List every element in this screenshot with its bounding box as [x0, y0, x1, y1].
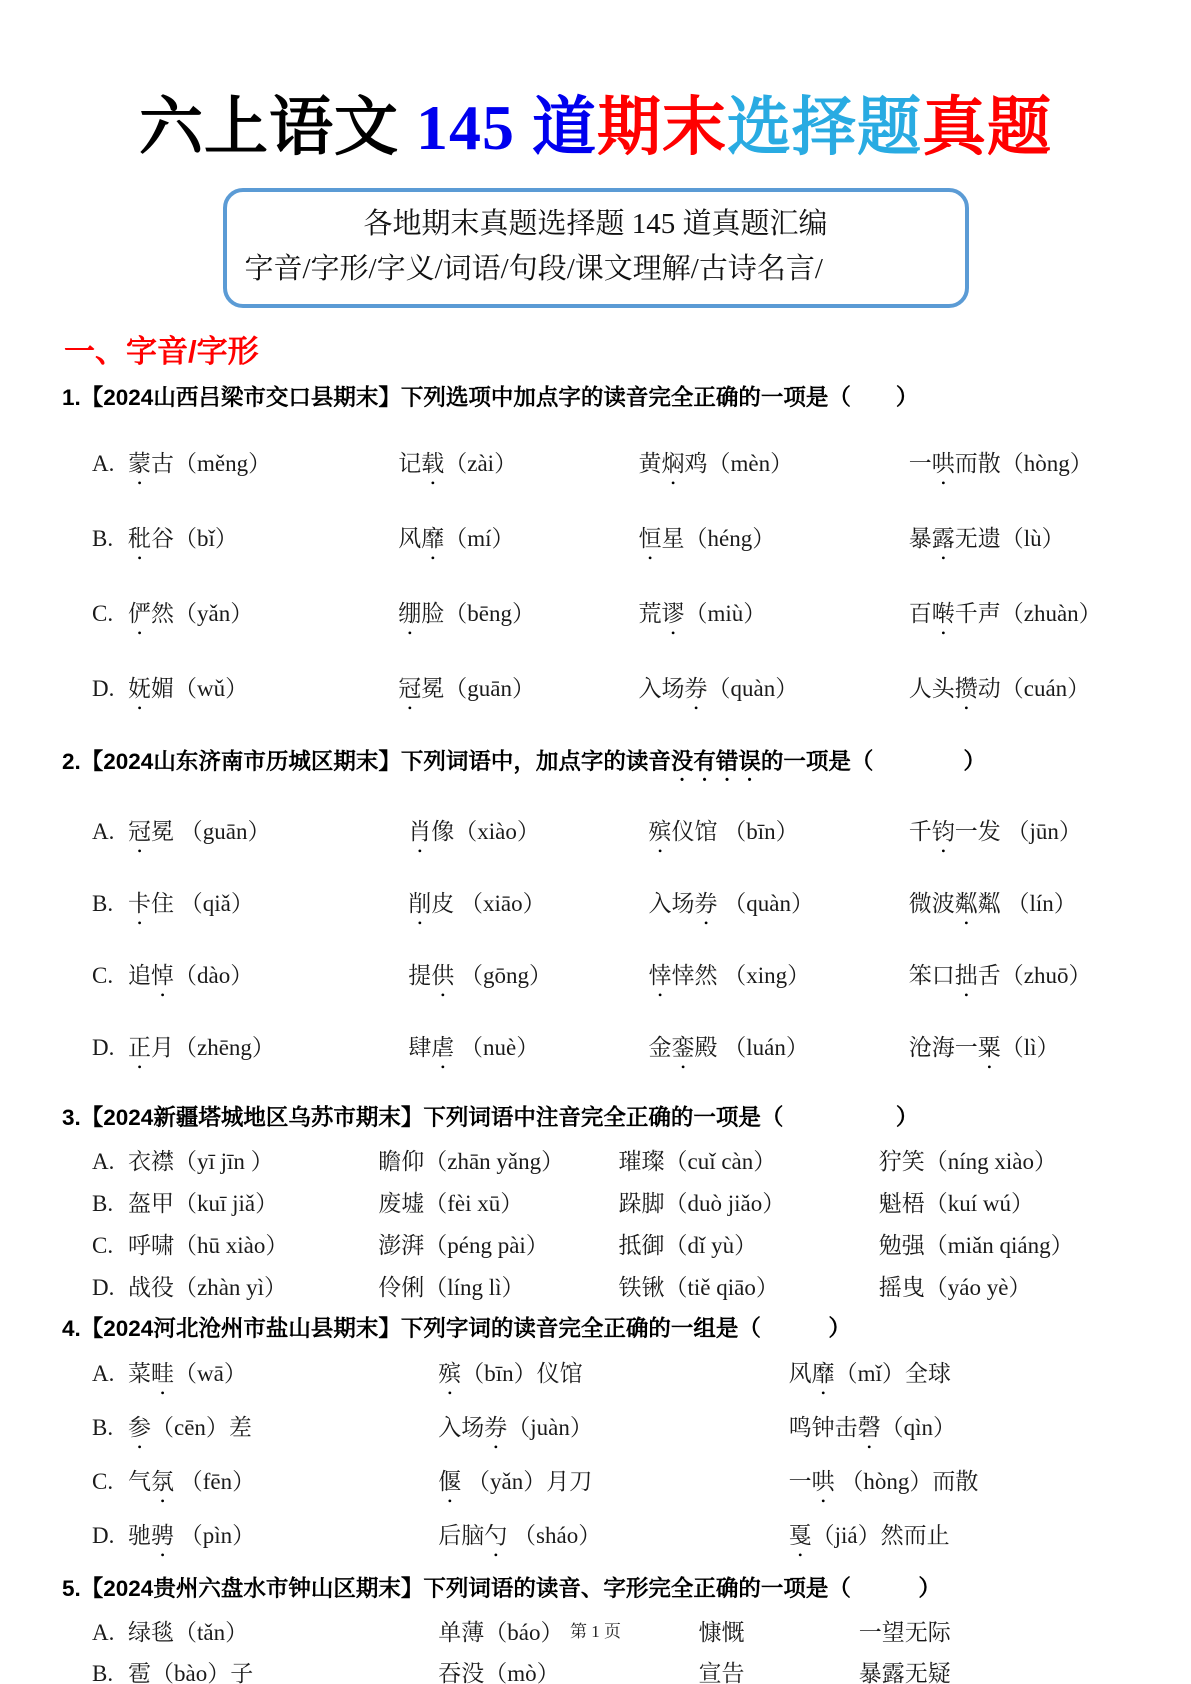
question-text: 下列词语中，加点字的读音没有错误的一项是（ ）	[401, 749, 986, 774]
option-cell: 黄焖鸡（mèn）	[639, 445, 909, 490]
option-cell: 废墟（fèi xū）	[378, 1185, 618, 1218]
option-cell: 卡住 （qiǎ）	[128, 885, 408, 930]
option-cells: 气氛 （fēn）偃 （yǎn）月刀一哄 （hòng）而散	[128, 1463, 1129, 1508]
option-cells: 妩媚（wǔ）冠冕（guān）入场券（quàn）人头攒动（cuán）	[128, 670, 1129, 715]
option-cells: 正月（zhēng）肆虐 （nuè）金銮殿 （luán）沧海一粟（lì）	[128, 1029, 1129, 1074]
option-cell: 后脑勺 （sháo）	[438, 1517, 788, 1562]
option-cell: 偃 （yǎn）月刀	[438, 1463, 788, 1508]
page-title: 六上语文 145 道期末选择题真题	[62, 88, 1129, 168]
option-cell: 盔甲（kuī jiǎ）	[128, 1185, 378, 1218]
emphasis-dotted-text: 露	[932, 526, 955, 551]
question-source: 【2024新疆塔城地区乌苏市期末】	[81, 1105, 424, 1130]
question-source: 【2024河北沧州市盐山县期末】	[81, 1316, 401, 1341]
option-cell: 瞻仰（zhān yǎng）	[378, 1143, 618, 1176]
emphasis-dotted-text: 哄	[932, 451, 955, 476]
option-cells: 驰骋 （pìn）后脑勺 （sháo）戛（jiá）然而止	[128, 1517, 1129, 1562]
emphasis-dotted-text: 秕	[128, 526, 151, 551]
emphasis-dotted-text: 正	[128, 1035, 151, 1060]
option-row: D.战役（zhàn yì）伶俐（líng lì）铁锹（tiě qiāo）摇曳（y…	[62, 1269, 1129, 1302]
option-row: D.驰骋 （pìn）后脑勺 （sháo）戛（jiá）然而止	[62, 1517, 1129, 1562]
emphasis-dotted-text: 冠	[398, 676, 421, 701]
emphasis-dotted-text: 妩	[128, 676, 151, 701]
emphasis-dotted-text: 焖	[662, 451, 685, 476]
summary-box: 各地期末真题选择题 145 道真题汇编 字音/字形/字义/词语/句段/课文理解/…	[223, 188, 969, 308]
option-cell: 削皮 （xiāo）	[408, 885, 648, 930]
option-cell: 暴露无遗（lù）	[909, 520, 1129, 565]
option-row: C.追悼（dào）提供 （gōng）悻悻然 （xing）笨口拙舌（zhuō）	[62, 957, 1129, 1002]
option-cell: 暴露无疑	[859, 1655, 1129, 1684]
option-cell: 澎湃（péng pài）	[378, 1227, 618, 1260]
emphasis-dotted-text: 悼	[151, 963, 174, 988]
emphasis-dotted-text: 悻	[649, 963, 672, 988]
option-cell: 百啭千声（zhuàn）	[909, 595, 1129, 640]
option-row: C.呼啸（hū xiào）澎湃（péng pài）抵御（dǐ yù）勉强（miǎ…	[62, 1227, 1129, 1260]
option-cell: 荒谬（miù）	[639, 595, 909, 640]
option-cell: 肆虐 （nuè）	[408, 1029, 648, 1074]
option-label: B.	[92, 1191, 128, 1217]
option-cell: 绷脸（bēng）	[398, 595, 638, 640]
question-number: 2.	[62, 749, 81, 774]
emphasis-dotted-text: 载	[421, 451, 444, 476]
option-cells: 菜畦（wā）殡（bīn）仪馆风靡（mǐ）全球	[128, 1355, 1129, 1400]
emphasis-dotted-text: 靡	[812, 1361, 835, 1386]
question-list: 1.【2024山西吕梁市交口县期末】下列选项中加点字的读音完全正确的一项是（ ）…	[62, 381, 1129, 1684]
option-row: D.妩媚（wǔ）冠冕（guān）入场券（quàn）人头攒动（cuán）	[62, 670, 1129, 715]
emphasis-dotted-text: 谬	[662, 601, 685, 626]
option-cells: 呼啸（hū xiào）澎湃（péng pài）抵御（dǐ yù）勉强（miǎn …	[128, 1227, 1129, 1260]
emphasis-dotted-text: 没有错误	[671, 749, 761, 774]
option-cell: 入场券 （quàn）	[649, 885, 909, 930]
option-cell: 正月（zhēng）	[128, 1029, 408, 1074]
emphasis-dotted-text: 氛	[151, 1469, 174, 1494]
option-cell: 抵御（dǐ yù）	[618, 1227, 878, 1260]
option-cell: 冠冕 （guān）	[128, 813, 408, 858]
option-row: C.气氛 （fēn）偃 （yǎn）月刀一哄 （hòng）而散	[62, 1463, 1129, 1508]
emphasis-dotted-text: 券	[685, 676, 708, 701]
question-source: 【2024山西吕梁市交口县期末】	[81, 385, 401, 410]
question-source: 【2024山东济南市历城区期末】	[81, 749, 401, 774]
emphasis-dotted-text: 哄	[812, 1469, 835, 1494]
emphasis-dotted-text: 粼	[955, 891, 978, 916]
option-cells: 卡住 （qiǎ）削皮 （xiāo）入场券 （quàn）微波粼粼 （lín）	[128, 885, 1129, 930]
emphasis-dotted-text: 卡	[128, 891, 151, 916]
page-number: 第 1 页	[570, 1622, 621, 1641]
option-cells: 追悼（dào）提供 （gōng）悻悻然 （xing）笨口拙舌（zhuō）	[128, 957, 1129, 1002]
option-label: A.	[92, 1149, 128, 1175]
option-cells: 俨然（yǎn）绷脸（bēng）荒谬（miù）百啭千声（zhuàn）	[128, 595, 1129, 640]
option-row: B.参（cēn）差入场券（juàn）鸣钟击磬（qìn）	[62, 1409, 1129, 1454]
option-row: B.雹（bào）子吞没（mò）宣告暴露无疑	[62, 1655, 1129, 1684]
emphasis-dotted-text: 戛	[789, 1523, 812, 1548]
title-segment: 期末	[597, 92, 727, 163]
option-cells: 蒙古（měng）记载（zài）黄焖鸡（mèn）一哄而散（hòng）	[128, 445, 1129, 490]
option-cell: 气氛 （fēn）	[128, 1463, 438, 1508]
emphasis-dotted-text: 銮	[672, 1035, 695, 1060]
emphasis-dotted-text: 粟	[978, 1035, 1001, 1060]
option-label: D.	[92, 1275, 128, 1301]
option-cell: 金銮殿 （luán）	[649, 1029, 909, 1074]
option-cells: 冠冕 （guān）肖像（xiào）殡仪馆 （bīn）千钧一发 （jūn）	[128, 813, 1129, 858]
question: 4.【2024河北沧州市盐山县期末】下列字词的读音完全正确的一组是（ ）A.菜畦…	[62, 1312, 1129, 1562]
option-cell: 入场券（juàn）	[438, 1409, 788, 1454]
option-row: C.俨然（yǎn）绷脸（bēng）荒谬（miù）百啭千声（zhuàn）	[62, 595, 1129, 640]
option-row: B.盔甲（kuī jiǎ）废墟（fèi xū）跺脚（duò jiǎo）魁梧（ku…	[62, 1185, 1129, 1218]
emphasis-dotted-text: 冠	[128, 819, 151, 844]
option-row: A.蒙古（měng）记载（zài）黄焖鸡（mèn）一哄而散（hòng）	[62, 445, 1129, 490]
question-stem: 1.【2024山西吕梁市交口县期末】下列选项中加点字的读音完全正确的一项是（ ）	[62, 381, 1129, 415]
emphasis-dotted-text: 肖	[408, 819, 431, 844]
option-cell: 殡（bīn）仪馆	[438, 1355, 788, 1400]
option-row: B.秕谷（bǐ）风靡（mí）恒星（héng）暴露无遗（lù）	[62, 520, 1129, 565]
summary-line-1: 各地期末真题选择题 145 道真题汇编	[245, 202, 947, 247]
option-cell: 秕谷（bǐ）	[128, 520, 398, 565]
option-row: D.正月（zhēng）肆虐 （nuè）金銮殿 （luán）沧海一粟（lì）	[62, 1029, 1129, 1074]
option-cell: 一哄 （hòng）而散	[789, 1463, 1129, 1508]
option-cell: 恒星（héng）	[639, 520, 909, 565]
question: 3.【2024新疆塔城地区乌苏市期末】下列词语中注音完全正确的一项是（ ）A.衣…	[62, 1101, 1129, 1303]
option-cells: 雹（bào）子吞没（mò）宣告暴露无疑	[128, 1655, 1129, 1684]
option-label: D.	[92, 676, 128, 702]
option-cell: 铁锹（tiě qiāo）	[618, 1269, 878, 1302]
question: 1.【2024山西吕梁市交口县期末】下列选项中加点字的读音完全正确的一项是（ ）…	[62, 381, 1129, 715]
option-cells: 盔甲（kuī jiǎ）废墟（fèi xū）跺脚（duò jiǎo）魁梧（kuí …	[128, 1185, 1129, 1218]
option-cell: 战役（zhàn yì）	[128, 1269, 378, 1302]
emphasis-dotted-text: 券	[484, 1415, 507, 1440]
question-number: 1.	[62, 385, 81, 410]
option-label: C.	[92, 1469, 128, 1495]
question-stem: 4.【2024河北沧州市盐山县期末】下列字词的读音完全正确的一组是（ ）	[62, 1312, 1129, 1346]
emphasis-dotted-text: 绷	[398, 601, 421, 626]
emphasis-dotted-text: 殡	[438, 1361, 461, 1386]
option-cell: 笨口拙舌（zhuō）	[909, 957, 1129, 1002]
option-cell: 千钧一发 （jūn）	[909, 813, 1129, 858]
question-source: 【2024贵州六盘水市钟山区期末】	[81, 1576, 424, 1601]
option-cell: 风靡（mǐ）全球	[789, 1355, 1129, 1400]
option-cell: 俨然（yǎn）	[128, 595, 398, 640]
emphasis-dotted-text: 啭	[932, 601, 955, 626]
document-page: 六上语文 145 道期末选择题真题 各地期末真题选择题 145 道真题汇编 字音…	[0, 0, 1191, 1684]
question-text: 下列词语的读音、字形完全正确的一项是（ ）	[423, 1576, 941, 1601]
question-stem: 3.【2024新疆塔城地区乌苏市期末】下列词语中注音完全正确的一项是（ ）	[62, 1101, 1129, 1135]
option-cell: 悻悻然 （xing）	[649, 957, 909, 1002]
option-cell: 肖像（xiào）	[408, 813, 648, 858]
question-text: 下列字词的读音完全正确的一组是（ ）	[401, 1316, 851, 1341]
emphasis-dotted-text: 俨	[128, 601, 151, 626]
option-cell: 参（cēn）差	[128, 1409, 438, 1454]
option-label: C.	[92, 601, 128, 627]
emphasis-dotted-text: 靡	[421, 526, 444, 551]
emphasis-dotted-text: 蒙	[128, 451, 151, 476]
emphasis-dotted-text: 削	[408, 891, 431, 916]
option-cell: 人头攒动（cuán）	[909, 670, 1129, 715]
emphasis-dotted-text: 拙	[955, 963, 978, 988]
option-cells: 衣襟（yī jīn ）瞻仰（zhān yǎng）璀璨（cuǐ càn）狞笑（ní…	[128, 1143, 1129, 1176]
emphasis-dotted-text: 攒	[955, 676, 978, 701]
option-cell: 殡仪馆 （bīn）	[649, 813, 909, 858]
option-cell: 菜畦（wā）	[128, 1355, 438, 1400]
option-label: A.	[92, 1361, 128, 1387]
option-row: B.卡住 （qiǎ）削皮 （xiāo）入场券 （quàn）微波粼粼 （lín）	[62, 885, 1129, 930]
title-segment: 六上语文	[139, 92, 416, 163]
option-cell: 璀璨（cuǐ càn）	[618, 1143, 878, 1176]
option-label: D.	[92, 1035, 128, 1061]
option-cell: 风靡（mí）	[398, 520, 638, 565]
option-label: D.	[92, 1523, 128, 1549]
option-cell: 戛（jiá）然而止	[789, 1517, 1129, 1562]
option-cell: 一哄而散（hòng）	[909, 445, 1129, 490]
option-cell: 伶俐（líng lì）	[378, 1269, 618, 1302]
title-segment: 145 道	[416, 92, 597, 163]
emphasis-dotted-text: 殡	[649, 819, 672, 844]
option-cell: 入场券（quàn）	[639, 670, 909, 715]
option-cell: 跺脚（duò jiǎo）	[618, 1185, 878, 1218]
option-label: C.	[92, 963, 128, 989]
summary-line-2: 字音/字形/字义/词语/句段/课文理解/古诗名言/	[245, 247, 947, 292]
emphasis-dotted-text: 偃	[438, 1469, 461, 1494]
option-cell: 妩媚（wǔ）	[128, 670, 398, 715]
option-label: C.	[92, 1233, 128, 1259]
title-segment: 真题	[922, 92, 1052, 163]
question-text: 下列词语中注音完全正确的一项是（ ）	[423, 1105, 918, 1130]
option-cell: 追悼（dào）	[128, 957, 408, 1002]
option-cells: 战役（zhàn yì）伶俐（líng lì）铁锹（tiě qiāo）摇曳（yáo…	[128, 1269, 1129, 1302]
page-footer: 第 1 页	[0, 1617, 1191, 1642]
question-text: 下列选项中加点字的读音完全正确的一项是（ ）	[401, 385, 919, 410]
option-row: A.菜畦（wā）殡（bīn）仪馆风靡（mǐ）全球	[62, 1355, 1129, 1400]
question-number: 5.	[62, 1576, 81, 1601]
option-cell: 冠冕（guān）	[398, 670, 638, 715]
question-number: 3.	[62, 1105, 81, 1130]
option-cell: 宣告	[699, 1655, 859, 1684]
emphasis-dotted-text: 钧	[932, 819, 955, 844]
option-label: A.	[92, 819, 128, 845]
emphasis-dotted-text: 参	[128, 1415, 151, 1440]
option-cell: 沧海一粟（lì）	[909, 1029, 1129, 1074]
option-cell: 勉强（miǎn qiáng）	[879, 1227, 1129, 1260]
option-label: B.	[92, 526, 128, 552]
option-cell: 记载（zài）	[398, 445, 638, 490]
emphasis-dotted-text: 骋	[151, 1523, 174, 1548]
emphasis-dotted-text: 畦	[151, 1361, 174, 1386]
option-row: A.衣襟（yī jīn ）瞻仰（zhān yǎng）璀璨（cuǐ càn）狞笑（…	[62, 1143, 1129, 1176]
question-stem: 5.【2024贵州六盘水市钟山区期末】下列词语的读音、字形完全正确的一项是（ ）	[62, 1572, 1129, 1606]
question-stem: 2.【2024山东济南市历城区期末】下列词语中，加点字的读音没有错误的一项是（ …	[62, 745, 1129, 786]
option-cell: 吞没（mò）	[438, 1655, 698, 1684]
option-cell: 魁梧（kuí wú）	[879, 1185, 1129, 1218]
option-cells: 参（cēn）差入场券（juàn）鸣钟击磬（qìn）	[128, 1409, 1129, 1454]
option-cells: 秕谷（bǐ）风靡（mí）恒星（héng）暴露无遗（lù）	[128, 520, 1129, 565]
option-row: A.冠冕 （guān）肖像（xiào）殡仪馆 （bīn）千钧一发 （jūn）	[62, 813, 1129, 858]
option-cell: 雹（bào）子	[128, 1655, 438, 1684]
option-cell: 驰骋 （pìn）	[128, 1517, 438, 1562]
question-number: 4.	[62, 1316, 81, 1341]
option-cell: 狞笑（níng xiào）	[879, 1143, 1129, 1176]
emphasis-dotted-text: 供	[431, 963, 454, 988]
option-cell: 微波粼粼 （lín）	[909, 885, 1129, 930]
section-heading: 一、字音/字形	[64, 326, 1129, 371]
emphasis-dotted-text: 虐	[431, 1035, 454, 1060]
option-cell: 提供 （gōng）	[408, 957, 648, 1002]
option-cell: 呼啸（hū xiào）	[128, 1227, 378, 1260]
emphasis-dotted-text: 磬	[858, 1415, 881, 1440]
option-cell: 衣襟（yī jīn ）	[128, 1143, 378, 1176]
option-cell: 蒙古（měng）	[128, 445, 398, 490]
option-label: B.	[92, 1415, 128, 1441]
option-label: B.	[92, 891, 128, 917]
option-label: B.	[92, 1661, 128, 1684]
emphasis-dotted-text: 恒	[639, 526, 662, 551]
emphasis-dotted-text: 勺	[484, 1523, 507, 1548]
option-cell: 摇曳（yáo yè）	[879, 1269, 1129, 1302]
option-cell: 鸣钟击磬（qìn）	[789, 1409, 1129, 1454]
option-label: A.	[92, 451, 128, 477]
question: 2.【2024山东济南市历城区期末】下列词语中，加点字的读音没有错误的一项是（ …	[62, 745, 1129, 1074]
emphasis-dotted-text: 券	[695, 891, 718, 916]
title-segment: 选择题	[727, 92, 922, 163]
